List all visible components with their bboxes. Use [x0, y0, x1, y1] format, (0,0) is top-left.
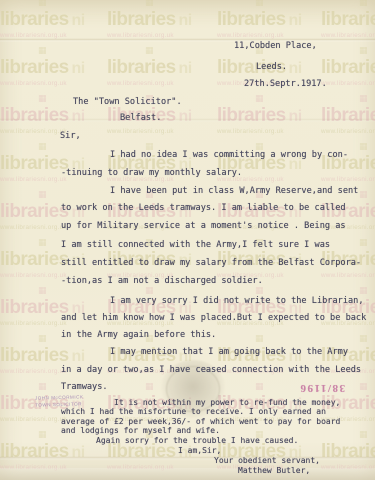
- ni-grid-icon: ▦: [38, 383, 47, 392]
- body-line: I have been put in class W,Army Reserve,…: [110, 186, 358, 196]
- paper-crease: [0, 118, 375, 122]
- ni-grid-icon: ▦: [359, 191, 368, 200]
- ni-grid-icon: ▦: [38, 95, 47, 104]
- ni-grid-icon: ▦: [359, 239, 368, 248]
- ni-grid-icon: ▦: [359, 47, 368, 56]
- watermark-ni-suffix: ni: [179, 60, 192, 77]
- watermark-url: www.librariesni.org.uk: [321, 80, 375, 88]
- watermark-ni-suffix: ni: [72, 60, 85, 77]
- ni-grid-icon: ▦: [38, 287, 47, 296]
- body-line: I may mention that I am going back to th…: [110, 347, 348, 357]
- ni-grid-icon: ▦: [359, 143, 368, 152]
- libraries-ni-watermark: ▦librariesniwww.librariesni.org.uk: [217, 106, 321, 136]
- watermark-ni-suffix: ni: [72, 348, 85, 365]
- body-line: in the Army again before this.: [61, 330, 216, 340]
- watermark-ni-suffix: ni: [289, 108, 302, 125]
- ni-grid-icon: ▦: [38, 239, 47, 248]
- ni-grid-icon: ▦: [145, 287, 154, 296]
- scan-edge-shading: [0, 468, 375, 480]
- sender-address-street: 11,Cobden Place,: [234, 41, 317, 51]
- libraries-ni-watermark: ▦librariesniwww.librariesni.org.uk: [0, 58, 104, 88]
- signature: Matthew Butler,: [238, 466, 310, 476]
- watermark-ni-suffix: ni: [72, 444, 85, 461]
- watermark-title: librariesni: [0, 442, 104, 463]
- letter-date: 27th.Septr.1917.: [244, 79, 327, 89]
- watermark-title: librariesni: [107, 10, 211, 31]
- body-line: and let him know how I was placed.But I …: [61, 313, 366, 323]
- recipient-title: The "Town Solicitor".: [73, 97, 182, 107]
- ni-grid-icon: ▦: [255, 335, 264, 344]
- watermark-url: www.librariesni.org.uk: [107, 80, 211, 88]
- body-line: up for Military service at a moment's no…: [61, 221, 346, 231]
- town-solicitor-received-stamp: JOHN McCORMICK TOWN SOLICITOR: [35, 393, 84, 408]
- libraries-ni-watermark: ▦librariesniwww.librariesni.org.uk: [0, 442, 104, 472]
- ni-grid-icon: ▦: [38, 143, 47, 152]
- watermark-ni-suffix: ni: [289, 60, 302, 77]
- body-line: -tinuing to draw my monthly salary.: [61, 168, 242, 178]
- ni-grid-icon: ▦: [145, 0, 154, 8]
- watermark-url: www.librariesni.org.uk: [217, 128, 321, 136]
- upside-down-reference-stamp: 38/1196: [299, 382, 345, 394]
- libraries-ni-watermark: ▦librariesniwww.librariesni.org.uk: [0, 106, 104, 136]
- watermark-url: www.librariesni.org.uk: [0, 32, 104, 40]
- libraries-ni-watermark: ▦librariesniwww.librariesni.org.uk: [321, 442, 375, 472]
- watermark-title: librariesni: [0, 10, 104, 31]
- ni-grid-icon: ▦: [255, 383, 264, 392]
- letter-page: ▦librariesniwww.librariesni.org.uk▦libra…: [0, 0, 375, 480]
- watermark-url: www.librariesni.org.uk: [321, 272, 375, 280]
- libraries-ni-watermark: ▦librariesniwww.librariesni.org.uk: [217, 10, 321, 40]
- body-line: -tion,as I am not a discharged soldier.: [61, 276, 263, 286]
- paper-crease: [0, 38, 375, 42]
- ni-grid-icon: ▦: [38, 47, 47, 56]
- ni-grid-icon: ▦: [359, 95, 368, 104]
- recipient-city: Belfast.: [120, 113, 161, 123]
- ni-grid-icon: ▦: [38, 335, 47, 344]
- closing-i-am-sir: I am,Sir,: [178, 446, 221, 456]
- watermark-ni-suffix: ni: [289, 12, 302, 29]
- received-stamp-line2: TOWN SOLICITOR: [35, 400, 84, 408]
- body-line: I am very sorry I did not write to the L…: [110, 296, 364, 306]
- ni-grid-icon: ▦: [359, 383, 368, 392]
- ni-grid-icon: ▦: [255, 95, 264, 104]
- ni-grid-icon: ▦: [359, 335, 368, 344]
- ni-grid-icon: ▦: [38, 191, 47, 200]
- body-line: I had no idea I was committing a wrong b…: [110, 150, 348, 160]
- watermark-url: www.librariesni.org.uk: [0, 464, 104, 472]
- ni-grid-icon: ▦: [359, 287, 368, 296]
- watermark-url: www.librariesni.org.uk: [321, 464, 375, 472]
- watermark-title: librariesni: [0, 346, 104, 367]
- libraries-ni-watermark: ▦librariesniwww.librariesni.org.uk: [107, 58, 211, 88]
- salutation: Sir,: [60, 131, 81, 141]
- watermark-url: www.librariesni.org.uk: [107, 128, 211, 136]
- watermark-ni-suffix: ni: [179, 108, 192, 125]
- watermark-title: librariesni: [0, 58, 104, 79]
- ni-grid-icon: ▦: [255, 0, 264, 8]
- libraries-ni-watermark: ▦librariesniwww.librariesni.org.uk: [321, 106, 375, 136]
- watermark-title: librariesni: [0, 106, 104, 127]
- watermark-title: librariesni: [321, 442, 375, 463]
- watermark-ni-suffix: ni: [179, 12, 192, 29]
- body-line: Tramways.: [61, 382, 108, 392]
- ni-grid-icon: ▦: [359, 0, 368, 8]
- libraries-ni-watermark: ▦librariesniwww.librariesni.org.uk: [321, 10, 375, 40]
- ni-grid-icon: ▦: [145, 383, 154, 392]
- watermark-title: librariesni: [321, 58, 375, 79]
- ni-grid-icon: ▦: [359, 431, 368, 440]
- libraries-ni-watermark: ▦librariesniwww.librariesni.org.uk: [107, 10, 211, 40]
- body-line: and lodgings for myself and wife.: [61, 426, 220, 436]
- ni-grid-icon: ▦: [145, 47, 154, 56]
- watermark-title: librariesni: [217, 10, 321, 31]
- watermark-title: librariesni: [321, 106, 375, 127]
- body-line: in a day or two,as I have ceased connect…: [61, 365, 361, 375]
- closing-apology: Again sorry for the trouble I have cause…: [96, 436, 298, 446]
- watermark-title: librariesni: [217, 106, 321, 127]
- watermark-url: www.librariesni.org.uk: [0, 80, 104, 88]
- watermark-title: librariesni: [321, 10, 375, 31]
- watermark-ni-suffix: ni: [72, 12, 85, 29]
- closing-valediction: Your obedient servant,: [214, 456, 320, 466]
- watermark-url: www.librariesni.org.uk: [107, 464, 211, 472]
- watermark-url: www.librariesni.org.uk: [0, 128, 104, 136]
- body-line: still entitled to draw my salary from th…: [61, 258, 361, 268]
- libraries-ni-watermark: ▦librariesniwww.librariesni.org.uk: [0, 10, 104, 40]
- watermark-url: www.librariesni.org.uk: [217, 32, 321, 40]
- ni-grid-icon: ▦: [255, 287, 264, 296]
- watermark-ni-suffix: ni: [72, 108, 85, 125]
- watermark-url: www.librariesni.org.uk: [321, 176, 375, 184]
- ni-grid-icon: ▦: [38, 0, 47, 8]
- watermark-url: www.librariesni.org.uk: [321, 32, 375, 40]
- body-line: I am still connected with the Army,I fel…: [61, 240, 330, 250]
- libraries-ni-watermark: ▦librariesniwww.librariesni.org.uk: [321, 58, 375, 88]
- ni-grid-icon: ▦: [38, 431, 47, 440]
- watermark-url: www.librariesni.org.uk: [107, 32, 211, 40]
- body-line: which I had the misfortune to receive. I…: [61, 407, 326, 417]
- watermark-title: librariesni: [107, 58, 211, 79]
- sender-address-city: Leeds.: [256, 62, 287, 72]
- watermark-url: www.librariesni.org.uk: [321, 128, 375, 136]
- body-line: to work on the Leeds tramways. I am liab…: [61, 203, 346, 213]
